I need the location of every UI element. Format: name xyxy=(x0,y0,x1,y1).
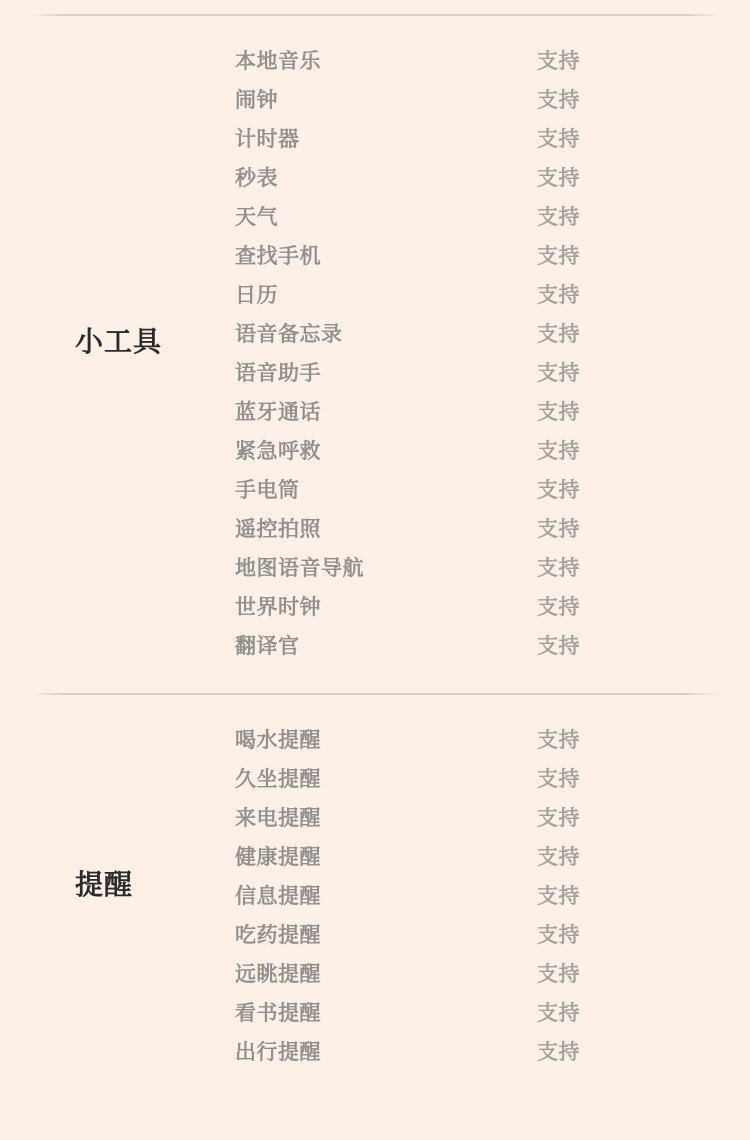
feature-name: 远眺提醒 xyxy=(235,958,537,988)
section-label-reminders: 提醒 xyxy=(75,863,133,903)
feature-name: 查找手机 xyxy=(235,240,537,270)
feature-value: 支持 xyxy=(537,201,580,231)
feature-value: 支持 xyxy=(537,802,580,832)
feature-value: 支持 xyxy=(537,997,580,1027)
feature-name: 地图语音导航 xyxy=(235,552,537,582)
spec-row: 紧急呼救 支持 xyxy=(235,430,750,469)
spec-row: 手电筒 支持 xyxy=(235,469,750,508)
section-label-widgets: 小工具 xyxy=(75,320,162,360)
spec-row: 蓝牙通话 支持 xyxy=(235,391,750,430)
feature-value: 支持 xyxy=(537,162,580,192)
spec-row: 语音备忘录 支持 xyxy=(235,313,750,352)
widgets-label-column: 小工具 xyxy=(0,40,235,664)
feature-name: 计时器 xyxy=(235,123,537,153)
spec-row: 闹钟 支持 xyxy=(235,79,750,118)
feature-value: 支持 xyxy=(537,958,580,988)
feature-value: 支持 xyxy=(537,1036,580,1066)
feature-value: 支持 xyxy=(537,123,580,153)
reminders-rows: 喝水提醒 支持 久坐提醒 支持 来电提醒 支持 健康提醒 支持 信息提醒 支持 … xyxy=(235,719,750,1070)
feature-value: 支持 xyxy=(537,591,580,621)
feature-name: 遥控拍照 xyxy=(235,513,537,543)
feature-value: 支持 xyxy=(537,279,580,309)
spec-row: 遥控拍照 支持 xyxy=(235,508,750,547)
feature-value: 支持 xyxy=(537,724,580,754)
feature-value: 支持 xyxy=(537,396,580,426)
spec-row: 吃药提醒 支持 xyxy=(235,914,750,953)
feature-name: 看书提醒 xyxy=(235,997,537,1027)
feature-name: 语音助手 xyxy=(235,357,537,387)
feature-name: 久坐提醒 xyxy=(235,763,537,793)
feature-value: 支持 xyxy=(537,513,580,543)
feature-name: 天气 xyxy=(235,201,537,231)
spec-row: 语音助手 支持 xyxy=(235,352,750,391)
feature-name: 健康提醒 xyxy=(235,841,537,871)
feature-name: 手电筒 xyxy=(235,474,537,504)
reminders-label-column: 提醒 xyxy=(0,719,235,1070)
feature-name: 翻译官 xyxy=(235,630,537,660)
spec-row: 出行提醒 支持 xyxy=(235,1031,750,1070)
spec-row: 翻译官 支持 xyxy=(235,625,750,664)
spec-row: 计时器 支持 xyxy=(235,118,750,157)
spec-row: 天气 支持 xyxy=(235,196,750,235)
feature-name: 喝水提醒 xyxy=(235,724,537,754)
spec-row: 健康提醒 支持 xyxy=(235,836,750,875)
spec-row: 日历 支持 xyxy=(235,274,750,313)
feature-name: 世界时钟 xyxy=(235,591,537,621)
feature-value: 支持 xyxy=(537,763,580,793)
spec-row: 看书提醒 支持 xyxy=(235,992,750,1031)
feature-value: 支持 xyxy=(537,240,580,270)
spec-row: 世界时钟 支持 xyxy=(235,586,750,625)
spec-row: 信息提醒 支持 xyxy=(235,875,750,914)
widgets-rows: 本地音乐 支持 闹钟 支持 计时器 支持 秒表 支持 天气 支持 查找手机 支持… xyxy=(235,40,750,664)
feature-name: 日历 xyxy=(235,279,537,309)
spec-page: 小工具 本地音乐 支持 闹钟 支持 计时器 支持 秒表 支持 天气 支持 查找手… xyxy=(0,0,750,1140)
spec-row: 远眺提醒 支持 xyxy=(235,953,750,992)
spec-row: 地图语音导航 支持 xyxy=(235,547,750,586)
spec-row: 来电提醒 支持 xyxy=(235,797,750,836)
feature-value: 支持 xyxy=(537,552,580,582)
section-reminders: 提醒 喝水提醒 支持 久坐提醒 支持 来电提醒 支持 健康提醒 支持 信息提醒 … xyxy=(0,695,750,1140)
feature-name: 蓝牙通话 xyxy=(235,396,537,426)
feature-name: 吃药提醒 xyxy=(235,919,537,949)
feature-name: 出行提醒 xyxy=(235,1036,537,1066)
feature-value: 支持 xyxy=(537,630,580,660)
feature-name: 紧急呼救 xyxy=(235,435,537,465)
spec-row: 查找手机 支持 xyxy=(235,235,750,274)
feature-value: 支持 xyxy=(537,318,580,348)
feature-name: 本地音乐 xyxy=(235,45,537,75)
feature-value: 支持 xyxy=(537,880,580,910)
feature-value: 支持 xyxy=(537,841,580,871)
feature-value: 支持 xyxy=(537,45,580,75)
spec-row: 秒表 支持 xyxy=(235,157,750,196)
feature-name: 信息提醒 xyxy=(235,880,537,910)
feature-value: 支持 xyxy=(537,357,580,387)
feature-value: 支持 xyxy=(537,919,580,949)
spec-row: 本地音乐 支持 xyxy=(235,40,750,79)
feature-name: 语音备忘录 xyxy=(235,318,537,348)
feature-name: 秒表 xyxy=(235,162,537,192)
spec-row: 喝水提醒 支持 xyxy=(235,719,750,758)
feature-value: 支持 xyxy=(537,84,580,114)
feature-name: 闹钟 xyxy=(235,84,537,114)
feature-name: 来电提醒 xyxy=(235,802,537,832)
feature-value: 支持 xyxy=(537,474,580,504)
section-widgets: 小工具 本地音乐 支持 闹钟 支持 计时器 支持 秒表 支持 天气 支持 查找手… xyxy=(0,16,750,693)
spec-row: 久坐提醒 支持 xyxy=(235,758,750,797)
feature-value: 支持 xyxy=(537,435,580,465)
